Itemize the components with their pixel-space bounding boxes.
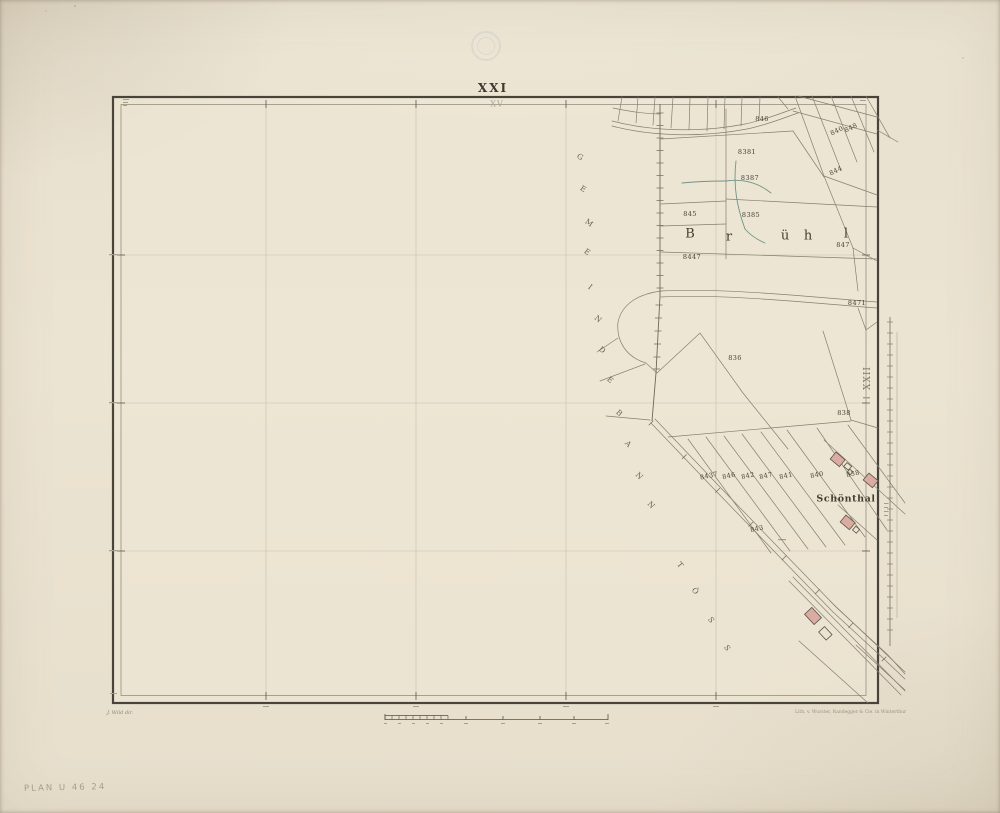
surveyed-line	[890, 317, 897, 646]
place-letter: r	[726, 231, 732, 244]
parcel-number: 8447	[683, 254, 701, 261]
scale-bar-divisions	[385, 716, 448, 720]
archive-stamp	[472, 32, 500, 60]
place-letter: ü	[781, 230, 789, 243]
place-name: Schönthal	[816, 494, 875, 504]
scale-bar-labels	[384, 723, 609, 724]
archive-pencil-note: PLAN U 46 24	[24, 782, 106, 794]
neighbor-sheet-right: XXII	[863, 366, 873, 390]
neighbor-sheet-top: XV	[490, 100, 503, 109]
paper-specks	[45, 5, 964, 59]
parcel-number: 836	[728, 355, 742, 362]
place-letter: l	[844, 228, 848, 241]
parcel-number: 8381	[738, 149, 756, 156]
scanned-map-page: { "colors": { "paper": "#e9e1cf", "map_b…	[0, 0, 1000, 813]
map-area	[114, 98, 877, 702]
lithographer-credit: Lith. v. Wurster, Randegger & Cie. in Wi…	[795, 710, 906, 715]
place-letter: h	[804, 230, 812, 243]
place-letter: B	[685, 228, 695, 241]
parcel-number: 8471	[848, 300, 866, 307]
map-drawing	[0, 0, 1000, 813]
parcel-number: 8385	[742, 212, 760, 219]
parcel-number: 8387	[741, 175, 759, 182]
parcel-number: 847	[836, 242, 850, 249]
surveyor-credit: J. Wild dir.	[107, 710, 133, 716]
parcel-number: 845	[683, 211, 697, 218]
parcel-number: 838	[837, 410, 851, 417]
scale-bar	[385, 714, 608, 720]
sheet-number: XXI	[478, 81, 508, 95]
parcel-number: 846	[755, 116, 769, 123]
